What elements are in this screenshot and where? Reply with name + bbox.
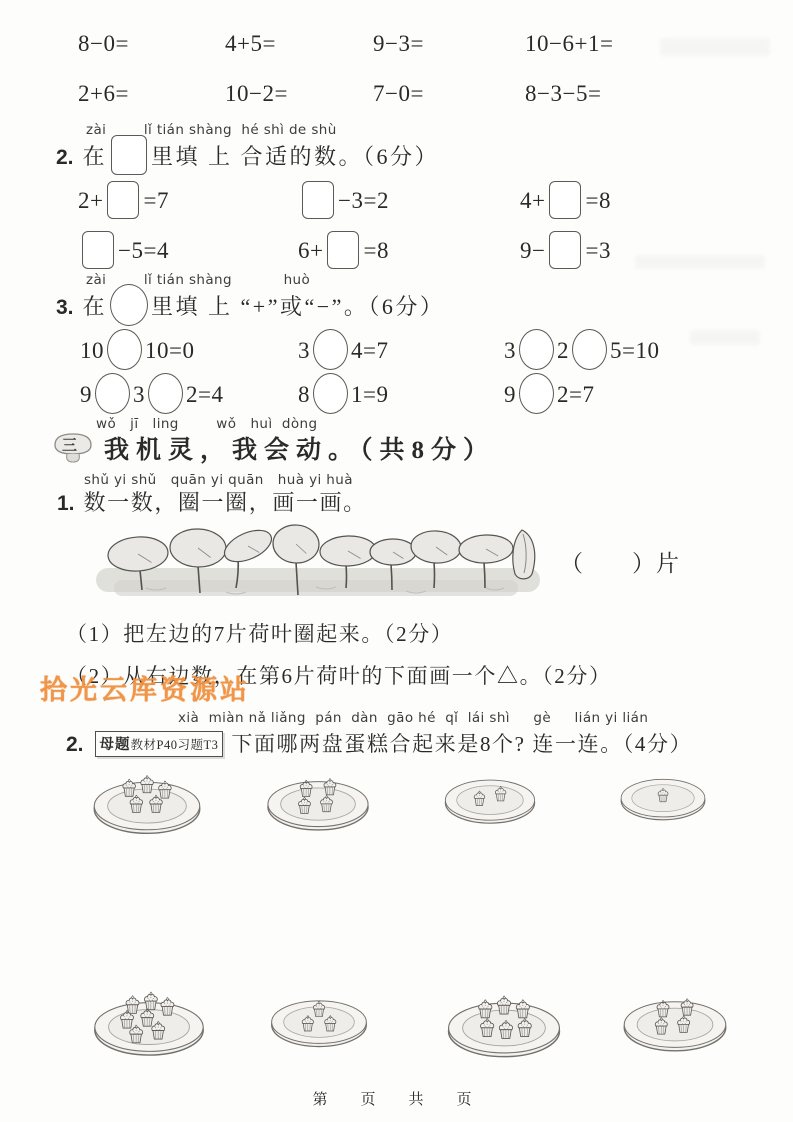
answer-circle[interactable] xyxy=(148,373,183,414)
badge-reference-text: 教材P40习题T3 xyxy=(131,738,219,752)
q32-title-text: 下面哪两盘蛋糕合起来是8个? 连一连。（4分） xyxy=(231,732,692,756)
watermark: 拾光云库资源站 xyxy=(40,668,250,707)
equation: 2+6= xyxy=(78,80,225,108)
lotus-leaves-illustration[interactable] xyxy=(86,518,556,606)
page-bleed-artifact xyxy=(690,330,760,345)
answer-circle[interactable] xyxy=(107,329,142,370)
answer-box[interactable] xyxy=(82,231,114,269)
q2-number: 2. xyxy=(56,146,74,169)
cake-plate[interactable] xyxy=(266,988,372,1062)
cake-plate[interactable] xyxy=(262,768,374,846)
q31-title: 1.数一数，圈一圈，画一画。 xyxy=(57,486,367,517)
cake-plate[interactable] xyxy=(618,988,732,1067)
section3-header: 三 我机灵，我会动。（共8分） xyxy=(52,430,495,466)
cake-plate[interactable] xyxy=(88,768,206,850)
equation: 6+=8 xyxy=(298,228,520,274)
q3-equations-row: 932=481=992=7 xyxy=(80,372,594,418)
answer-box[interactable] xyxy=(107,181,139,219)
equation: −5=4 xyxy=(78,228,298,274)
q31-number: 1. xyxy=(57,492,75,515)
equation: 325=10 xyxy=(504,328,659,374)
plate-graphic xyxy=(88,768,206,845)
q31-title-text: 数一数，圈一圈，画一画。 xyxy=(84,490,367,515)
equation: 8−3−5= xyxy=(525,80,601,108)
plate-graphic xyxy=(88,988,210,1067)
plate-graphic xyxy=(442,988,566,1069)
equation: 9−=3 xyxy=(520,228,611,274)
plate-graphic xyxy=(440,768,540,833)
answer-circle[interactable] xyxy=(95,373,130,414)
page-bleed-artifact xyxy=(660,38,770,56)
leaf-count-answer-blank[interactable]: （ ）片 xyxy=(560,545,680,578)
q32-title: 2.母题教材P40习题T3下面哪两盘蛋糕合起来是8个? 连一连。（4分） xyxy=(66,728,692,758)
equation: 9−3= xyxy=(373,30,525,58)
equation: 34=7 xyxy=(298,328,504,374)
equation: 4+=8 xyxy=(520,178,611,224)
oral-math-row: 8−0=4+5=9−3=10−6+1= xyxy=(78,30,613,58)
answer-box[interactable] xyxy=(302,181,334,219)
section3-title: 我机灵，我会动。（共8分） xyxy=(104,430,495,466)
page-bleed-artifact xyxy=(635,255,765,269)
cake-plate[interactable] xyxy=(440,768,540,838)
q2-title: 2.在里填 上 合适的数。（6分） xyxy=(56,134,439,181)
q2-equations-row: −5=46+=89−=3 xyxy=(78,228,611,274)
q3-title: 3.在里填 上 “+”或“−”。（6分） xyxy=(56,284,444,331)
section3-number: 三 xyxy=(62,437,84,454)
q3-number: 3. xyxy=(56,296,74,319)
plate-graphic xyxy=(266,988,372,1057)
oral-math-row: 2+6=10−2=7−0=8−3−5= xyxy=(78,80,601,108)
mushroom-section-badge: 三 xyxy=(52,430,94,466)
q2-equations-row: 2+=7−3=24+=8 xyxy=(78,178,611,224)
q32-number: 2. xyxy=(66,733,84,756)
cake-plate[interactable] xyxy=(616,768,710,834)
q2-title-text: 在里填 上 合适的数。（6分） xyxy=(83,144,440,169)
equation: 932=4 xyxy=(80,372,298,418)
q31-sub1: （1）把左边的7片荷叶圈起来。（2分） xyxy=(66,618,453,648)
answer-box[interactable] xyxy=(549,181,581,219)
badge-motif-label: 母题 xyxy=(100,737,131,753)
q3-equations-row: 1010=034=7325=10 xyxy=(80,328,659,374)
equation: 10−6+1= xyxy=(525,30,613,58)
answer-box[interactable] xyxy=(549,231,581,269)
equation: 1010=0 xyxy=(80,328,298,374)
equation: 81=9 xyxy=(298,372,504,418)
equation: 7−0= xyxy=(373,80,525,108)
equation: −3=2 xyxy=(298,178,520,224)
plates-row-top xyxy=(0,768,793,863)
q32-pinyin: xià miàn nǎ liǎng pán dàn gāo hé qǐ lái … xyxy=(178,710,648,726)
textbook-reference-badge: 母题教材P40习题T3 xyxy=(95,731,224,757)
answer-box[interactable] xyxy=(111,135,147,175)
cake-plate[interactable] xyxy=(88,988,210,1072)
plate-graphic xyxy=(618,988,732,1062)
q3-title-text: 在里填 上 “+”或“−”。（6分） xyxy=(83,294,445,319)
page-footer: 第 页 共 页 xyxy=(0,1088,793,1109)
equation: 10−2= xyxy=(225,80,373,108)
equation: 8−0= xyxy=(78,30,225,58)
equation: 2+=7 xyxy=(78,178,298,224)
plate-graphic xyxy=(262,768,374,841)
answer-circle[interactable] xyxy=(572,329,607,370)
answer-circle[interactable] xyxy=(313,373,348,414)
answer-circle[interactable] xyxy=(313,329,348,370)
cake-plate[interactable] xyxy=(442,988,566,1074)
worksheet-page: 8−0=4+5=9−3=10−6+1= 2+6=10−2=7−0=8−3−5= … xyxy=(0,0,793,1122)
plates-row-bottom xyxy=(0,988,793,1083)
answer-circle[interactable] xyxy=(519,373,554,414)
answer-circle[interactable] xyxy=(110,284,148,326)
equation: 92=7 xyxy=(504,372,594,418)
answer-circle[interactable] xyxy=(519,329,554,370)
equation: 4+5= xyxy=(225,30,373,58)
plate-graphic xyxy=(616,768,710,829)
answer-box[interactable] xyxy=(327,231,359,269)
